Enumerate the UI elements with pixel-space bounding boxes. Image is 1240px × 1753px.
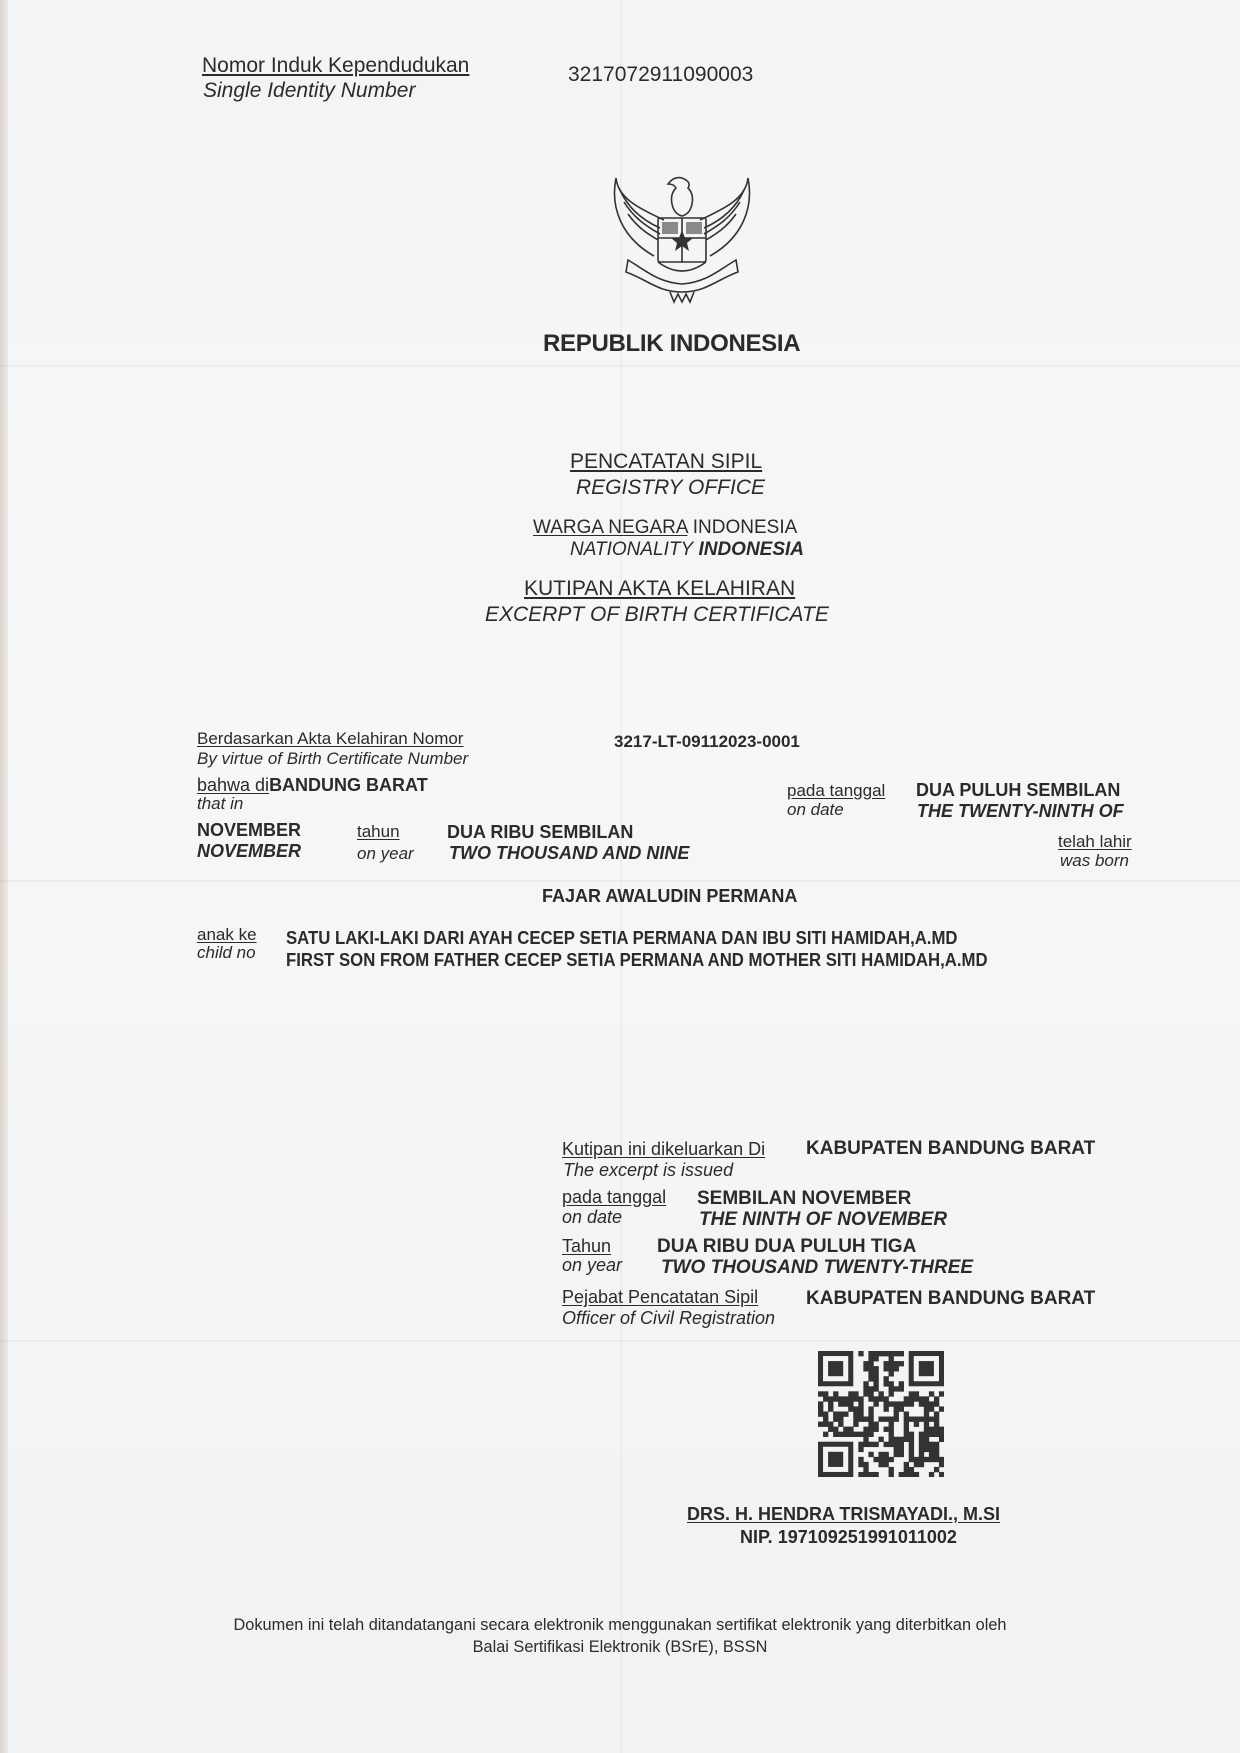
officer-value: KABUPATEN BANDUNG BARAT <box>806 1288 1095 1310</box>
nik-label-en: Single Identity Number <box>203 79 415 103</box>
birth-place-row: bahwa diBANDUNG BARAT <box>197 775 428 796</box>
issued-year-label: Tahun <box>562 1236 611 1257</box>
issued-year-label-en: on year <box>562 1255 622 1276</box>
birth-date-label: pada tanggal <box>787 781 885 801</box>
footer-line-2: Balai Sertifikasi Elektronik (BSrE), BSS… <box>25 1637 1215 1657</box>
issued-place-value: KABUPATEN BANDUNG BARAT <box>806 1138 1095 1160</box>
issued-year-value-en: TWO THOUSAND TWENTY-THREE <box>661 1257 973 1279</box>
birth-year-label-en: on year <box>357 844 414 864</box>
document-title-en: EXCERPT OF BIRTH CERTIFICATE <box>485 603 829 627</box>
birth-date-value-en: THE TWENTY-NINTH OF <box>917 801 1124 822</box>
nik-label: Nomor Induk Kependudukan <box>202 54 469 78</box>
signatory-name: DRS. H. HENDRA TRISMAYADI., M.SI <box>687 1504 1000 1525</box>
nationality-value-en: INDONESIA <box>698 539 804 560</box>
issued-year-value: DUA RIBU DUA PULUH TIGA <box>657 1236 916 1258</box>
nik-value: 3217072911090003 <box>568 63 753 87</box>
birth-month-value-en: NOVEMBER <box>197 841 301 862</box>
birth-place-value: BANDUNG BARAT <box>269 775 428 795</box>
issued-date-value: SEMBILAN NOVEMBER <box>697 1188 911 1210</box>
office-label: PENCATATAN SIPIL <box>570 450 762 474</box>
child-no-value: SATU LAKI-LAKI DARI AYAH CECEP SETIA PER… <box>286 928 957 949</box>
birth-year-value-en: TWO THOUSAND AND NINE <box>449 843 689 864</box>
birth-month-value: NOVEMBER <box>197 820 301 841</box>
issued-date-label-en: on date <box>562 1207 622 1228</box>
certificate-number-value: 3217-LT-09112023-0001 <box>614 732 800 752</box>
issued-place-label: Kutipan ini dikeluarkan Di <box>562 1139 765 1160</box>
nationality-label-en: NATIONALITY <box>570 539 693 560</box>
issued-place-label-en: The excerpt is issued <box>563 1160 733 1181</box>
qr-code-icon[interactable] <box>818 1351 944 1477</box>
birth-year-value: DUA RIBU SEMBILAN <box>447 822 633 843</box>
nationality-label: WARGA NEGARA <box>533 517 688 538</box>
born-label-en: was born <box>1060 851 1129 871</box>
born-label: telah lahir <box>1058 832 1132 852</box>
issued-date-value-en: THE NINTH OF NOVEMBER <box>699 1209 947 1231</box>
child-no-label-en: child no <box>197 943 256 963</box>
paper-edge <box>0 0 8 1753</box>
nationality-value: INDONESIA <box>693 517 798 538</box>
child-no-value-en: FIRST SON FROM FATHER CECEP SETIA PERMAN… <box>286 950 988 971</box>
document-title: KUTIPAN AKTA KELAHIRAN <box>524 577 795 601</box>
nationality-row: WARGA NEGARA INDONESIA <box>533 517 797 539</box>
birth-date-value: DUA PULUH SEMBILAN <box>916 780 1120 801</box>
signatory-nip: NIP. 197109251991011002 <box>740 1527 957 1548</box>
footer-line-1: Dokumen ini telah ditandatangani secara … <box>25 1615 1215 1635</box>
certificate-number-label-en: By virtue of Birth Certificate Number <box>197 749 468 769</box>
nationality-row-en: NATIONALITY INDONESIA <box>570 539 804 561</box>
birth-place-label-en: that in <box>197 794 243 814</box>
birth-date-label-en: on date <box>787 800 844 820</box>
officer-label: Pejabat Pencatatan Sipil <box>562 1287 758 1308</box>
birth-place-label: bahwa di <box>197 775 269 795</box>
country-title: REPUBLIK INDONESIA <box>543 330 800 358</box>
office-label-en: REGISTRY OFFICE <box>576 476 765 500</box>
officer-label-en: Officer of Civil Registration <box>562 1308 775 1329</box>
child-no-label: anak ke <box>197 925 257 945</box>
child-name: FAJAR AWALUDIN PERMANA <box>542 886 797 907</box>
certificate-number-label: Berdasarkan Akta Kelahiran Nomor <box>197 729 463 749</box>
birth-year-label: tahun <box>357 822 400 842</box>
issued-date-label: pada tanggal <box>562 1187 666 1208</box>
garuda-emblem-icon <box>608 168 756 308</box>
